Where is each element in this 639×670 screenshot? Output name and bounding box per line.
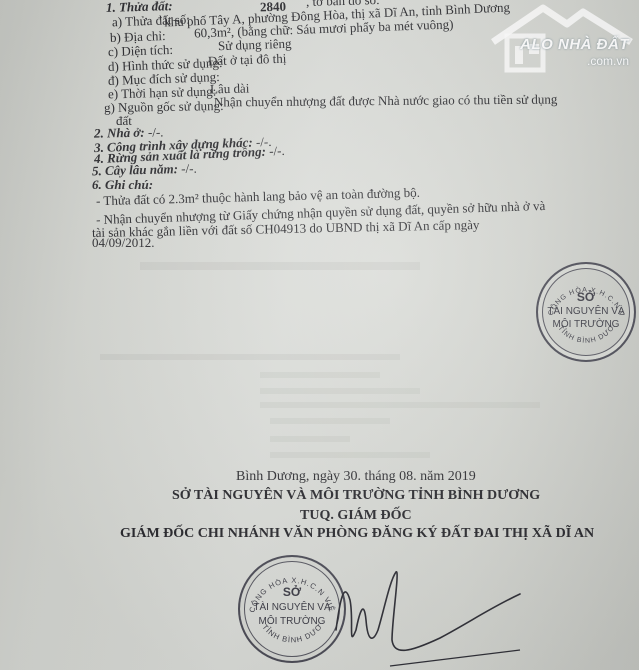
bleed-through-text (270, 436, 350, 442)
bleed-through-text (140, 262, 420, 270)
section-5-heading: 5. Cây lâu năm: (92, 161, 178, 178)
bleed-through-text (270, 452, 430, 458)
stamp-center-line-2: TÀI NGUYÊN VÀ (240, 602, 344, 613)
stamp-center-line-2: TÀI NGUYÊN VÀ (538, 306, 634, 317)
note-2-line-3: 04/09/2012. (92, 236, 154, 250)
svg-text:TỈNH BÌNH DƯƠNG: TỈNH BÌNH DƯƠNG (538, 264, 617, 345)
bleed-through-text (260, 388, 420, 394)
handwritten-signature (330, 560, 530, 670)
bleed-through-text (260, 402, 540, 408)
signer-title: GIÁM ĐỐC CHI NHÁNH VĂN PHÒNG ĐĂNG KÝ ĐẤT… (120, 526, 594, 542)
document-page: ALO NHÀ ĐẤT .com.vn 1. Thửa đất: 2840 , … (0, 0, 639, 670)
section-4-value: -/-. (269, 143, 285, 159)
stamp-ring-bottom: TỈNH BÌNH DƯƠNG (538, 264, 617, 345)
stamp-center-line-3: MÔI TRƯỜNG (240, 616, 344, 627)
bleed-through-text (260, 372, 380, 378)
section-5: 5. Cây lâu năm: -/-. (92, 162, 197, 179)
section-5-value: -/-. (181, 161, 197, 176)
watermark-brand: ALO NHÀ ĐẤT (520, 36, 629, 53)
bleed-through-text (270, 418, 390, 424)
stamp-center-line-1: SỞ (538, 290, 634, 304)
origin-value: Nhận chuyển nhượng đất được Nhà nước gia… (214, 93, 558, 110)
date-line: Bình Dương, ngày 30. tháng 08. năm 2019 (236, 470, 476, 484)
official-stamp-upper: CỘNG HÒA X.H.C.N VIỆT NAM TỈNH BÌNH DƯƠN… (536, 262, 636, 362)
section-6-heading: 6. Ghi chú: (92, 178, 153, 192)
department-name: SỞ TÀI NGUYÊN VÀ MÔI TRƯỜNG TỈNH BÌNH DƯ… (172, 488, 540, 504)
stamp-center-line-3: MÔI TRƯỜNG (538, 319, 634, 330)
watermark-domain: .com.vn (587, 54, 629, 68)
on-behalf-label: TUQ. GIÁM ĐỐC (300, 508, 412, 524)
stamp-center-line-1: SỞ (240, 585, 344, 599)
purpose-value: Đất ở tại đô thị (208, 52, 287, 69)
bleed-through-text (100, 354, 400, 360)
